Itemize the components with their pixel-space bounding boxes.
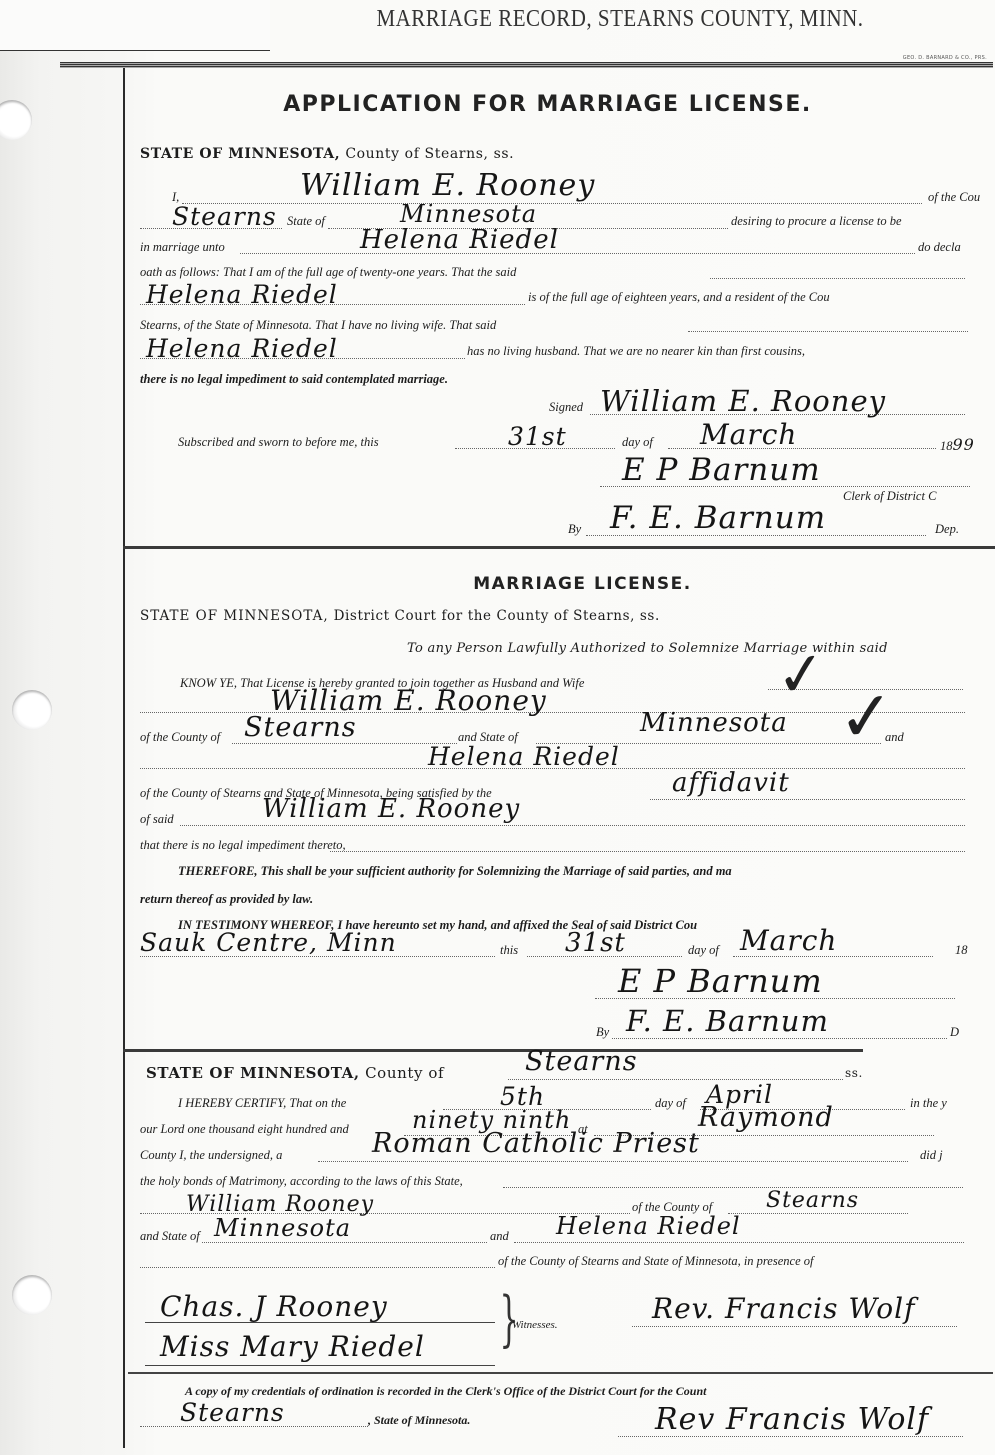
label-deputy: D (950, 1025, 959, 1040)
label-day-of: day of (655, 1096, 686, 1111)
field-line (140, 1267, 495, 1268)
applicant-county-field: Stearns (172, 202, 277, 231)
field-line (182, 203, 922, 204)
county-stearns-text: of the County of Stearns and State of Mi… (498, 1254, 813, 1269)
application-title: APPLICATION FOR MARRIAGE LICENSE. (0, 92, 995, 117)
label-state-of-minnesota: , State of Minnesota. (368, 1413, 470, 1428)
field-line (318, 1161, 908, 1162)
no-impediment-text: there is no legal impediment to said con… (140, 372, 448, 387)
issue-day-field: 31st (565, 928, 626, 958)
field-line (514, 1242, 964, 1243)
groom-county-field: Stearns (244, 712, 357, 743)
label-state-of: State of (287, 214, 325, 229)
officiant-title-field: Roman Catholic Priest (372, 1128, 700, 1159)
officiant-signature-2: Rev Francis Wolf (655, 1402, 929, 1437)
therefore-text: THEREFORE, This shall be your sufficient… (178, 864, 732, 879)
label-witnesses: Witnesses. (512, 1319, 558, 1331)
applicant-state-field: Minnesota (400, 200, 537, 228)
label-in-marriage-unto: in marriage unto (140, 240, 225, 255)
groom-state-field: Minnesota (640, 708, 788, 738)
return-text: return thereof as provided by law. (140, 892, 313, 907)
issue-month-field: March (740, 924, 837, 957)
state-heading: STATE OF MINNESOTA, (140, 146, 340, 162)
bride-name-field: Helena Riedel (556, 1212, 741, 1240)
field-line (330, 851, 965, 852)
license-state-heading: STATE OF MINNESOTA, District Court for t… (140, 608, 660, 624)
label-and-state-of: and State of (140, 1229, 200, 1244)
bride-name-field: Helena Riedel (428, 742, 620, 771)
label-this: this (500, 943, 518, 958)
label-do-declare: do decla (918, 240, 961, 255)
field-line (503, 1187, 963, 1188)
label-of-the-county-of: of the County of (140, 730, 220, 745)
overlay-paper-strip (0, 0, 270, 51)
label-of-the-county: of the Cou (928, 190, 980, 205)
field-line (180, 825, 965, 826)
label-clerk: Clerk of District C (843, 489, 936, 504)
oath-text: oath as follows: That I am of the full a… (140, 265, 516, 280)
groom-state-field: Minnesota (214, 1214, 351, 1242)
label-county-of: County of (365, 1064, 444, 1082)
label-ss: ss. (845, 1066, 863, 1080)
affiant-name-field: William E. Rooney (262, 794, 520, 824)
field-line (508, 1079, 843, 1080)
publisher-imprint: GEO. D. BARNARD & CO., PRS. (903, 55, 987, 61)
label-in-the-year: in the y (910, 1096, 947, 1111)
field-line (688, 331, 968, 332)
punch-hole-icon (12, 1275, 52, 1315)
satisfied-by-field: affidavit (672, 768, 790, 798)
license-title: MARRIAGE LICENSE. (0, 574, 995, 594)
year-prefix: 18 (940, 439, 953, 453)
no-husband-text: has no living husband. That we are no ne… (467, 344, 805, 359)
bride-name-field: Helena Riedel (360, 225, 559, 255)
issue-place-field: Sauk Centre, Minn (140, 928, 397, 957)
witness-1-signature: Chas. J Rooney (160, 1290, 388, 1323)
section-divider (128, 1372, 993, 1374)
certify-text: I HEREBY CERTIFY, That on the (178, 1096, 346, 1111)
clerk-signature: E P Barnum (618, 962, 823, 1000)
label-by: By (568, 522, 581, 537)
label-by: By (596, 1025, 609, 1040)
label-did-join: did j (920, 1148, 943, 1163)
label-day-of: day of (622, 435, 653, 450)
field-line (232, 743, 457, 744)
top-rule (60, 62, 993, 68)
our-lord-text: our Lord one thousand eight hundred and (140, 1122, 349, 1137)
record-header-title: MARRIAGE RECORD, STEARNS COUNTY, MINN. (270, 4, 970, 33)
clerk-signature: E P Barnum (622, 452, 821, 488)
subscribed-text: Subscribed and sworn to before me, this (178, 435, 379, 450)
field-line (240, 253, 915, 254)
sworn-day-field: 31st (508, 422, 567, 451)
court-heading: District Court for the County of Stearns… (334, 608, 660, 624)
field-line (612, 1038, 947, 1039)
sworn-year-field: 99 (953, 435, 975, 454)
officiant-signature: Rev. Francis Wolf (652, 1292, 915, 1325)
state-heading: STATE OF MINNESOTA, (146, 1064, 360, 1082)
section-divider (123, 1049, 863, 1052)
deputy-signature: F. E. Barnum (626, 1004, 829, 1038)
county-heading: County of Stearns, ss. (345, 146, 514, 162)
label-of-said: of said (140, 812, 174, 827)
stearns-statement-text: Stearns, of the State of Minnesota. That… (140, 318, 496, 333)
state-heading: STATE OF MINNESOTA, (140, 608, 329, 624)
applicant-name-field: William E. Rooney (300, 168, 595, 203)
check-icon: ✓ (835, 676, 897, 759)
field-line (650, 799, 965, 800)
bride-name-field: Helena Riedel (146, 334, 338, 363)
credentials-county-field: Stearns (180, 1398, 285, 1427)
label-year-prefix: 1899 (940, 435, 975, 454)
punch-hole-icon (12, 690, 52, 730)
credentials-text: A copy of my credentials of ordination i… (185, 1384, 706, 1399)
document-page: MARRIAGE RECORD, STEARNS COUNTY, MINN. G… (0, 0, 995, 1455)
section-divider (123, 546, 995, 549)
marriage-place-field: Raymond (698, 1102, 834, 1133)
witness-2-signature: Miss Mary Riedel (160, 1330, 425, 1363)
label-day-of: day of (688, 943, 719, 958)
certificate-county-field: Stearns (525, 1046, 638, 1077)
field-line (710, 278, 965, 279)
field-line (202, 1242, 487, 1243)
left-margin-line (123, 68, 125, 1448)
label-deputy: Dep. (935, 522, 959, 537)
groom-county-field: Stearns (766, 1188, 859, 1213)
full-age-text: is of the full age of eighteen years, an… (528, 290, 830, 305)
bride-name-field: Helena Riedel (146, 280, 338, 309)
certificate-state-heading: STATE OF MINNESOTA, County of (146, 1064, 444, 1082)
sworn-month-field: March (700, 418, 797, 451)
applicant-signature: William E. Rooney (600, 384, 886, 418)
holy-bonds-text: the holy bonds of Matrimony, according t… (140, 1174, 463, 1189)
label-desiring: desiring to procure a license to be (731, 214, 902, 229)
no-impediment-text: that there is no legal impediment theret… (140, 838, 346, 853)
application-state-heading: STATE OF MINNESOTA, County of Stearns, s… (140, 146, 514, 162)
label-signed: Signed (549, 400, 583, 415)
field-line (632, 1326, 957, 1327)
label-year-prefix: 18 (955, 943, 968, 958)
field-line (728, 1213, 908, 1214)
county-i-text: County I, the undersigned, a (140, 1148, 282, 1163)
label-and: and (490, 1229, 509, 1244)
deputy-signature: F. E. Barnum (610, 500, 826, 536)
check-icon: ✓ (772, 638, 829, 713)
witness-line (145, 1365, 495, 1366)
